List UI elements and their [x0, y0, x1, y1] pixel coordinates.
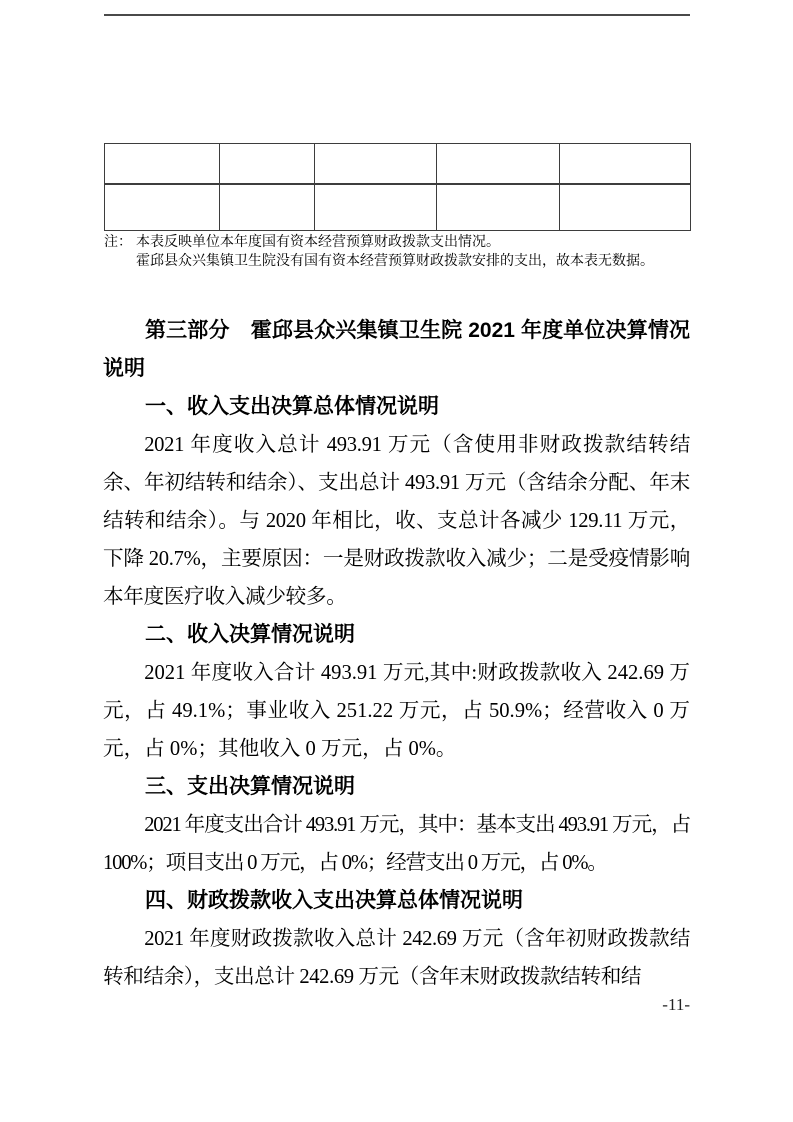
table-note-line-2: 霍邱县众兴集镇卫生院没有国有资本经营预算财政拨款安排的支出，故本表无数据。 — [104, 252, 710, 271]
heading-income-expenditure-overview: 一、收入支出决算总体情况说明 — [103, 388, 690, 426]
page-top-rule — [104, 14, 690, 16]
paragraph-income-expenditure-overview: 2021 年度收入总计 493.91 万元（含使用非财政拨款结转结余、年初结转和… — [103, 426, 690, 616]
note-text-1: 本表反映单位本年度国有资本经营预算财政拨款支出情况。 — [136, 235, 500, 250]
document-page: 注：本表反映单位本年度国有资本经营预算财政拨款支出情况。 霍邱县众兴集镇卫生院没… — [0, 0, 793, 1122]
empty-table-cell — [437, 184, 560, 231]
heading-income-detail: 二、收入决算情况说明 — [103, 616, 690, 654]
note-label: 注： — [104, 233, 136, 252]
heading-expenditure-detail: 三、支出决算情况说明 — [103, 768, 690, 806]
empty-table-cell — [220, 184, 315, 231]
page-number: -11- — [103, 995, 690, 1015]
part3-title: 第三部分 霍邱县众兴集镇卫生院 2021 年度单位决算情况说明 — [103, 312, 690, 388]
empty-table-cell — [437, 144, 560, 184]
paragraph-income-detail: 2021 年度收入合计 493.91 万元,其中:财政拨款收入 242.69 万… — [103, 654, 690, 768]
table-note: 注：本表反映单位本年度国有资本经营预算财政拨款支出情况。 霍邱县众兴集镇卫生院没… — [104, 233, 710, 271]
document-body: 第三部分 霍邱县众兴集镇卫生院 2021 年度单位决算情况说明 一、收入支出决算… — [103, 312, 690, 996]
empty-table-cell — [315, 144, 437, 184]
table-row — [105, 144, 691, 184]
table-row — [105, 184, 691, 231]
paragraph-expenditure-detail: 2021 年度支出合计 493.91 万元，其中：基本支出 493.91 万元，… — [103, 806, 690, 882]
empty-table-cell — [105, 184, 220, 231]
heading-fiscal-appropriation-overview: 四、财政拨款收入支出决算总体情况说明 — [103, 882, 690, 920]
empty-budget-table — [104, 143, 691, 231]
empty-table-cell — [560, 184, 691, 231]
paragraph-fiscal-appropriation-overview: 2021 年度财政拨款收入总计 242.69 万元（含年初财政拨款结转和结余），… — [103, 920, 690, 996]
empty-table-cell — [220, 144, 315, 184]
table-note-line-1: 注：本表反映单位本年度国有资本经营预算财政拨款支出情况。 — [104, 233, 710, 252]
empty-table-cell — [315, 184, 437, 231]
empty-table-cell — [105, 144, 220, 184]
empty-table-cell — [560, 144, 691, 184]
